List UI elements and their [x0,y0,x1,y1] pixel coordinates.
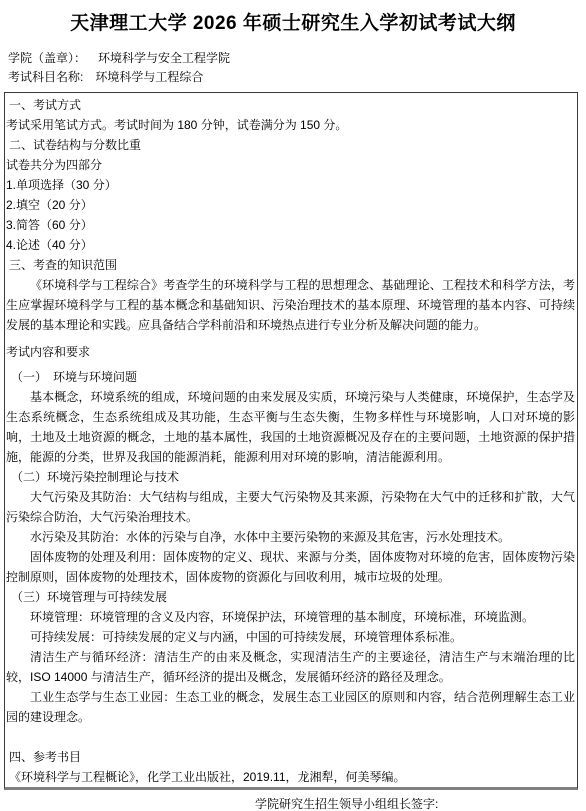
outline-paragraph: 四、参考书目 [6,747,575,767]
blank-line [6,727,575,747]
outline-paragraph: 考试采用笔试方式。考试时间为 180 分钟，试卷满分为 150 分。 [6,115,575,135]
outline-paragraph: 水污染及其防治：水体的污染与自净，水体中主要污染物的来源及其危害，污水处理技术。 [6,527,575,547]
outline-paragraph: 4.论述（40 分） [6,235,575,255]
outline-paragraph: 固体废物的处理及利用：固体废物的定义、现状、来源与分类，固体废物对环境的危害，固… [6,547,575,587]
outline-paragraph: （三）环境管理与可持续发展 [6,587,575,607]
outline-paragraph: 大气污染及其防治：大气结构与组成，主要大气污染物及其来源，污染物在大气中的迁移和… [6,487,575,527]
outline-paragraph: 环境管理：环境管理的含义及内容，环境保护法，环境管理的基本制度，环境标准，环境监… [6,607,575,627]
subject-value: 环境科学与工程综合 [95,70,203,84]
exam-outline-box: 一、考试方式考试采用笔试方式。考试时间为 180 分钟，试卷满分为 150 分。… [4,92,578,790]
outline-paragraph: 清洁生产与循环经济：清洁生产的由来及概念，实现清洁生产的主要途径，清洁生产与末端… [6,647,575,687]
outline-paragraph: 基本概念，环境系统的组成，环境问题的由来发展及实质，环境污染与人类健康，环境保护… [6,387,575,467]
outline-paragraph: 1.单项选择（30 分） [6,175,575,195]
outline-paragraph: 二、试卷结构与分数比重 [6,135,575,155]
outline-paragraph: （一） 环境与环境问题 [6,367,575,387]
outline-paragraph: 可持续发展：可持续发展的定义与内涵，中国的可持续发展，环境管理体系标准。 [6,627,575,647]
outline-paragraph: 《环境科学与工程概论》，化学工业出版社，2019.11，龙湘犁，何美琴编。 [6,767,575,787]
outline-paragraph: 3.简答（60 分） [6,215,575,235]
outline-paragraph: 试卷共分为四部分 [6,155,575,175]
outline-paragraph: 三、考查的知识范围 [6,255,575,275]
subject-label: 考试科目名称: [8,70,83,84]
outline-paragraph: 工业生态学与生态工业园：生态工业的概念，发展生态工业园区的原则和内容，结合范例理… [6,687,575,727]
outline-paragraph: （二）环境污染控制理论与技术 [6,467,575,487]
document-page: 天津理工大学 2026 年硕士研究生入学初试考试大纲 学院（盖章）：环境科学与安… [0,0,586,811]
signature-line: 学院研究生招生领导小组组长签字: [0,796,586,811]
college-value: 环境科学与安全工程学院 [98,51,230,65]
page-title: 天津理工大学 2026 年硕士研究生入学初试考试大纲 [0,0,586,36]
subject-line: 考试科目名称:环境科学与工程综合 [8,68,586,87]
college-label: 学院（盖章）： [8,51,86,65]
outline-paragraph: 《环境科学与工程综合》考查学生的环境科学与工程的思想理念、基础理论、工程技术和科… [6,275,575,335]
outline-paragraph: 2.填空（20 分） [6,195,575,215]
outline-paragraph: 一、考试方式 [6,95,575,115]
outline-paragraph: 考试内容和要求 [6,342,575,362]
college-line: 学院（盖章）：环境科学与安全工程学院 [8,49,586,68]
